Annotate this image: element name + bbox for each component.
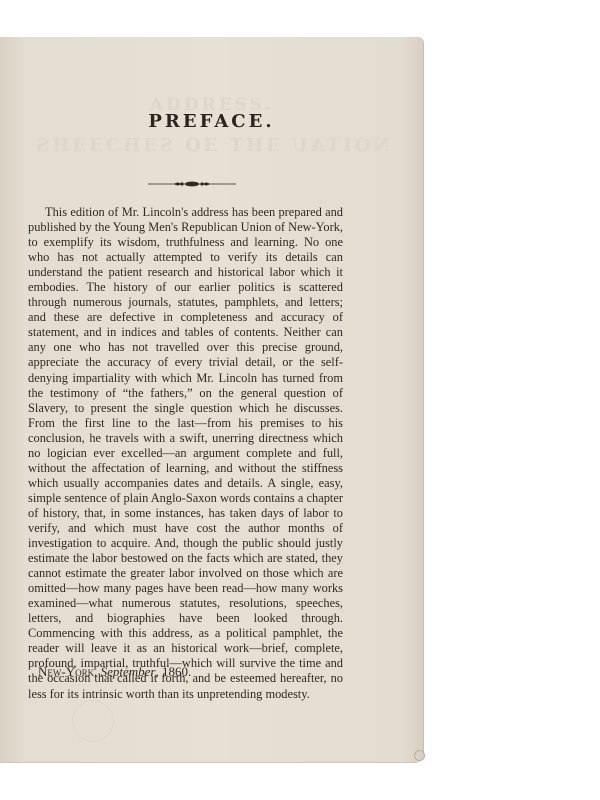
page-title: PREFACE. xyxy=(0,111,423,132)
dateline: New-York, September, 1860. xyxy=(38,664,191,680)
bleedthrough-text: NOITAU ƎHT ƎO SƎHƆƎƎHS xyxy=(0,135,423,156)
dateline-month: September xyxy=(101,664,156,679)
dateline-year: 1860 xyxy=(162,664,188,679)
faint-stamp xyxy=(72,700,114,742)
corner-wear-mark xyxy=(414,750,425,761)
ornament-rule-icon xyxy=(148,180,236,188)
preface-paragraph: This edition of Mr. Lincoln's address ha… xyxy=(28,205,343,702)
dateline-place: New-York xyxy=(38,664,94,679)
preface-body: This edition of Mr. Lincoln's address ha… xyxy=(28,205,343,702)
